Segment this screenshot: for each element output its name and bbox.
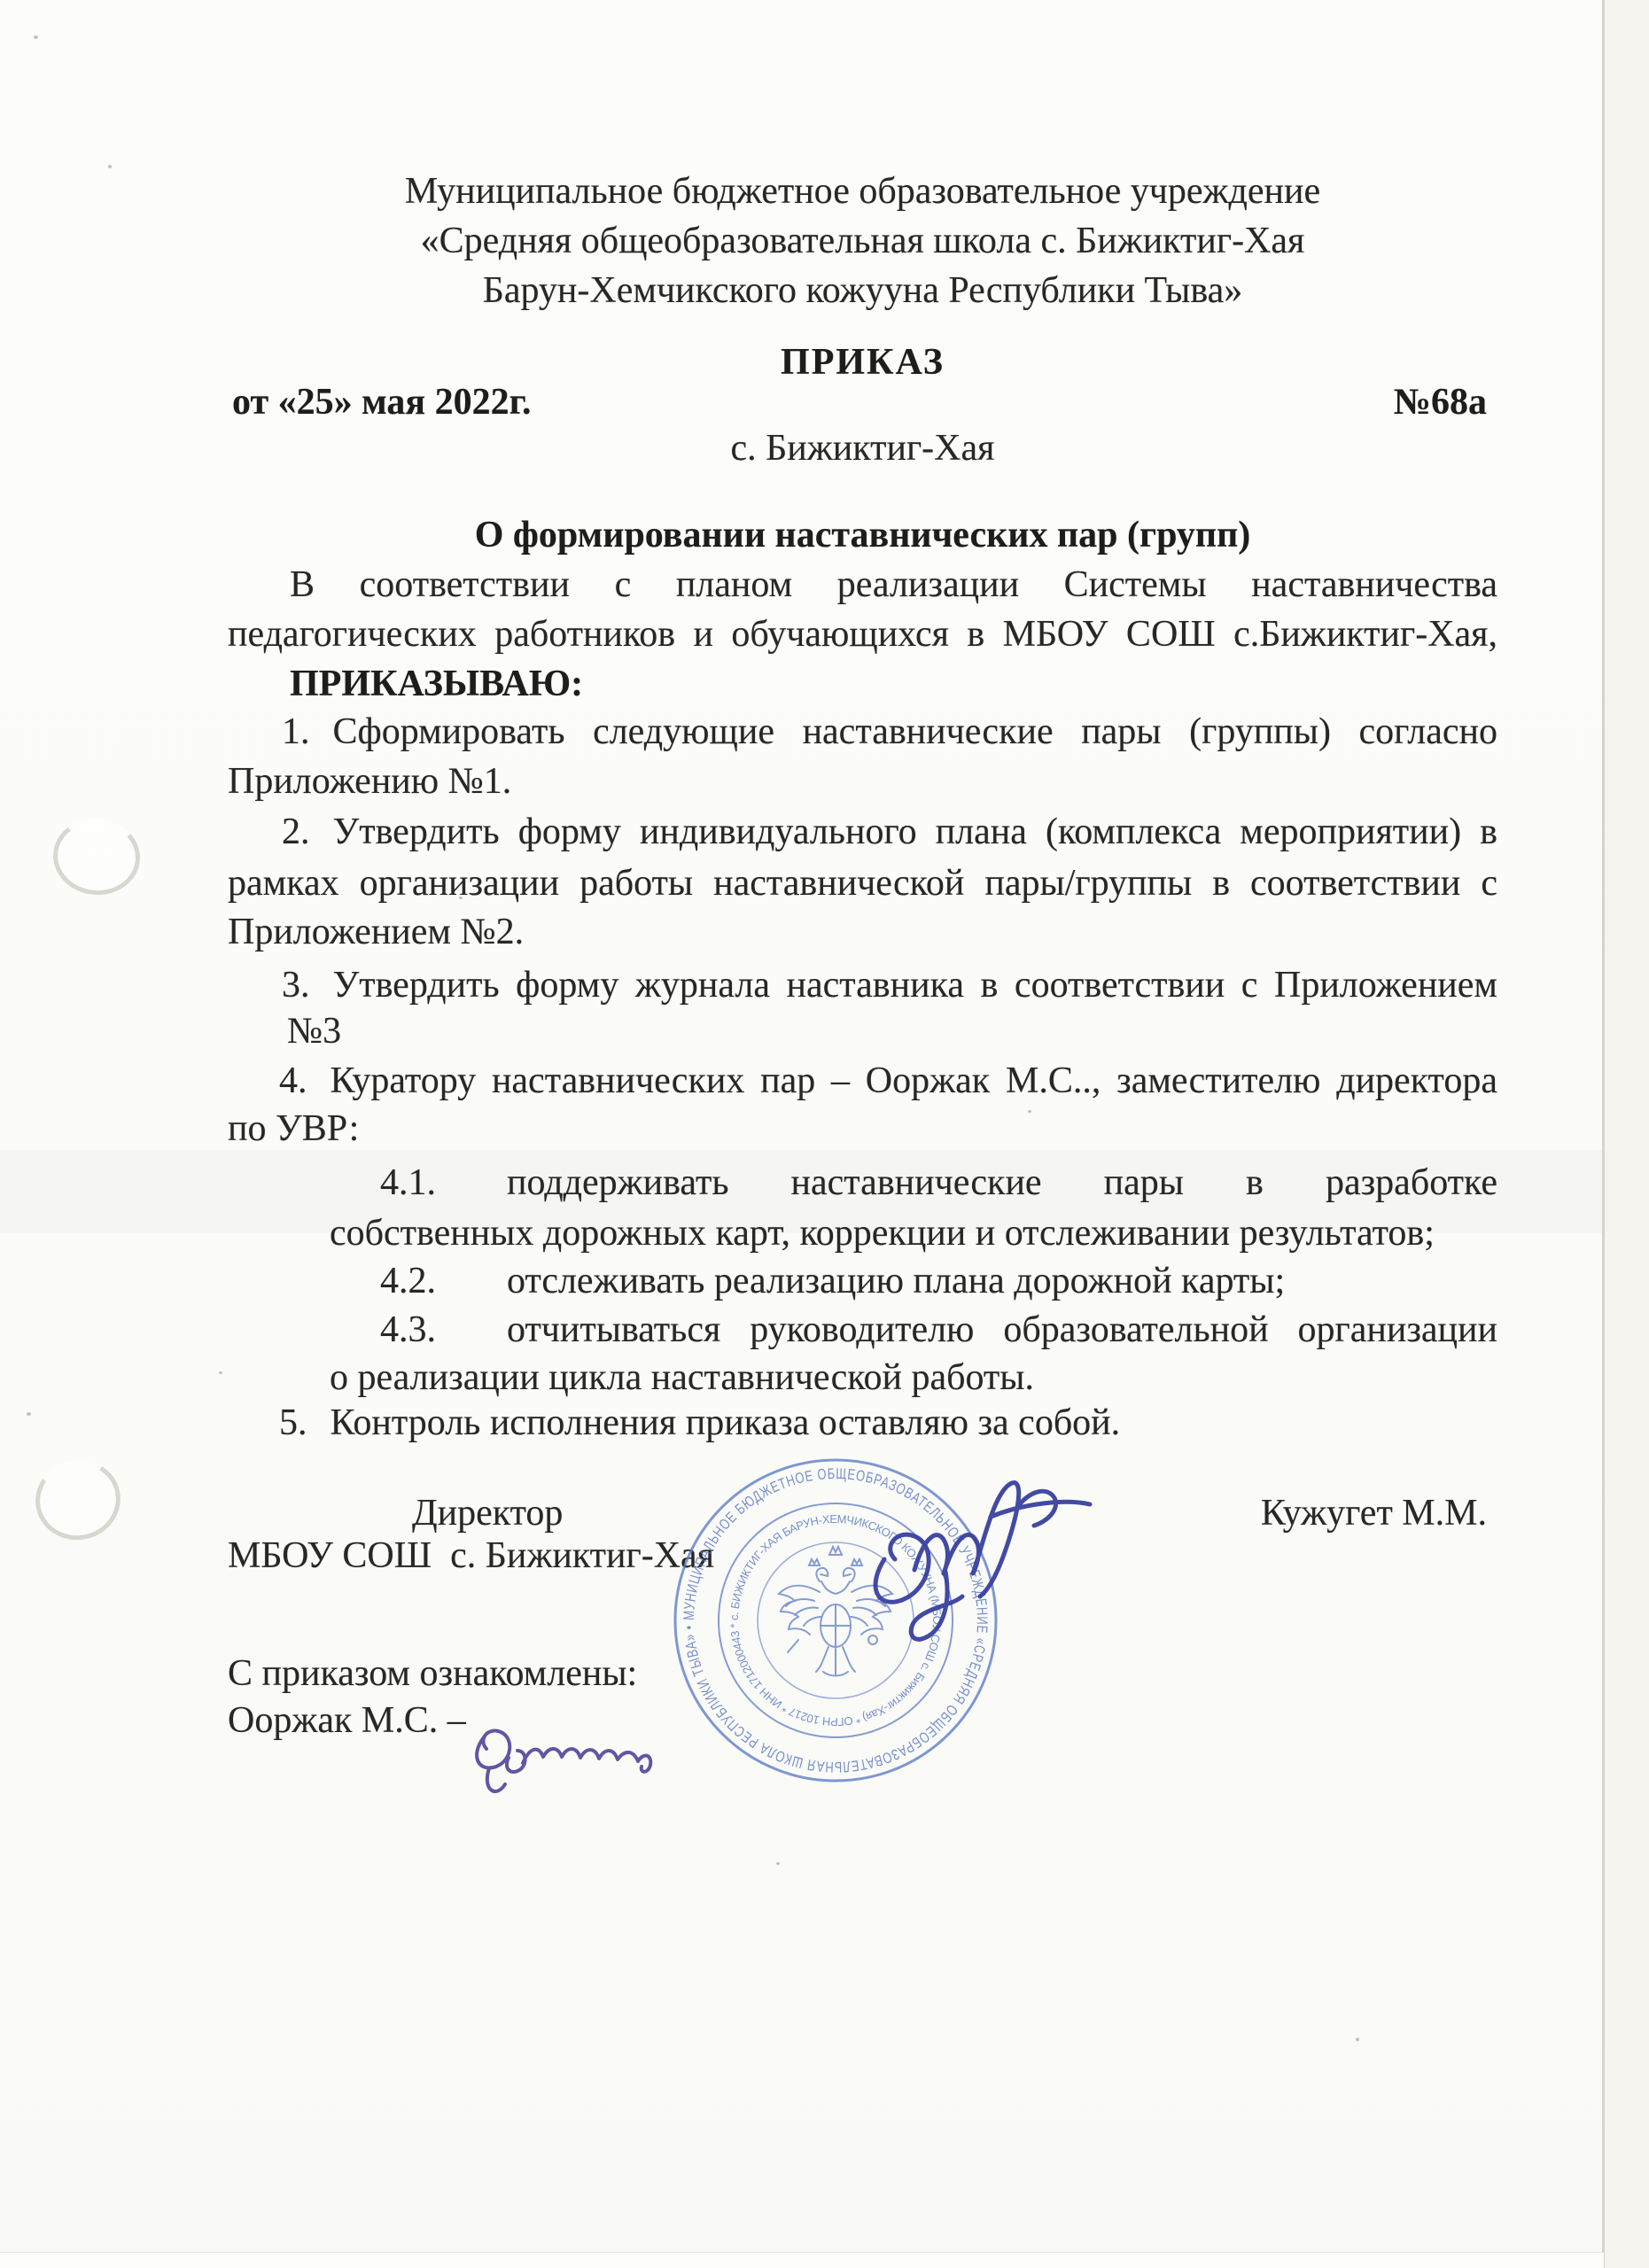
item-1-line-2: Приложению №1. <box>228 757 1497 806</box>
item-2-line-1: 2.Утвердить форму индивидуального плана … <box>228 807 1497 857</box>
item-4-3-text: отчитываться руководителю образовательно… <box>507 1309 1497 1350</box>
scan-speck <box>27 1412 31 1416</box>
item-4-text: Куратору наставнических пар – Ооржак М.С… <box>331 1060 1498 1101</box>
item-3-line-2: №3 <box>228 1006 1557 1056</box>
org-name-line-1: Муниципальное бюджетное образовательное … <box>228 167 1497 216</box>
scan-edge-right <box>1602 0 1649 2268</box>
item-1-text: Сформировать следующие наставнические па… <box>333 711 1498 752</box>
item-3-number: 3. <box>282 965 310 1006</box>
scan-speck <box>1356 2038 1359 2041</box>
intro-line-2: педагогических работников и обучающихся … <box>228 610 1497 659</box>
item-2-number: 2. <box>282 812 310 852</box>
scan-speck <box>34 35 38 39</box>
scan-speck <box>776 1862 780 1865</box>
item-4-line-1: 4.Куратору наставнических пар – Ооржак М… <box>228 1056 1497 1106</box>
item-4-3-line-2: о реализации цикла наставнической работы… <box>228 1353 1599 1402</box>
intro-line-1: В соответствии с планом реализации Систе… <box>228 560 1497 610</box>
item-4-number: 4. <box>279 1060 307 1101</box>
item-5-text: Контроль исполнения приказа оставляю за … <box>331 1402 1121 1443</box>
item-4-2-line: 4.2.отслеживать реализацию плана дорожно… <box>228 1256 1649 1306</box>
item-4-1-line-2: собственных дорожных карт, коррекции и о… <box>228 1208 1599 1258</box>
acknowledgement-signature <box>457 1689 688 1813</box>
item-1-line-1: 1.Сформировать следующие наставнические … <box>228 707 1497 757</box>
org-name-line-3: Барун-Хемчикского кожууна Республики Тыв… <box>228 266 1497 315</box>
item-4-1-number: 4.1. <box>380 1162 436 1203</box>
order-subject: О формировании наставнических пар (групп… <box>228 510 1497 560</box>
item-4-line-2: по УВР: <box>228 1104 1497 1153</box>
item-5-line: 5.Контроль исполнения приказа оставляю з… <box>228 1398 1549 1448</box>
item-3-text: Утвердить форму журнала наставника в соо… <box>333 965 1498 1006</box>
item-2-line-2: рамках организации работы наставнической… <box>228 858 1497 908</box>
item-4-3-line-1: 4.3.отчитываться руководителю образовате… <box>228 1305 1497 1355</box>
item-4-1-line-1: 4.1.поддерживать наставнические пары в р… <box>228 1158 1497 1208</box>
item-4-2-number: 4.2. <box>380 1261 436 1301</box>
order-place: с. Бижиктиг-Хая <box>228 423 1497 473</box>
scan-speck <box>108 165 112 168</box>
scan-edge-bottom <box>0 2252 1604 2268</box>
item-1-number: 1. <box>282 711 310 752</box>
scanned-order-document: { "doc": { "org": { "line1": "Муниципаль… <box>0 0 1649 2268</box>
item-4-1-text: поддерживать наставнические пары в разра… <box>507 1162 1497 1203</box>
item-4-2-text: отслеживать реализацию плана дорожной ка… <box>507 1261 1285 1301</box>
item-5-number: 5. <box>279 1402 307 1443</box>
item-3-line-1: 3.Утвердить форму журнала наставника в с… <box>228 960 1497 1010</box>
item-2-text: Утвердить форму индивидуального плана (к… <box>333 812 1498 852</box>
resolve-word: ПРИКАЗЫВАЮ: <box>228 659 1560 709</box>
item-2-line-3: Приложением №2. <box>228 907 1497 957</box>
scan-speck <box>219 1371 222 1374</box>
org-name-line-2: «Средняя общеобразовательная школа с. Би… <box>228 216 1497 266</box>
director-signature <box>858 1464 1097 1658</box>
order-number: №68а <box>228 377 1487 427</box>
item-4-3-number: 4.3. <box>380 1309 436 1350</box>
